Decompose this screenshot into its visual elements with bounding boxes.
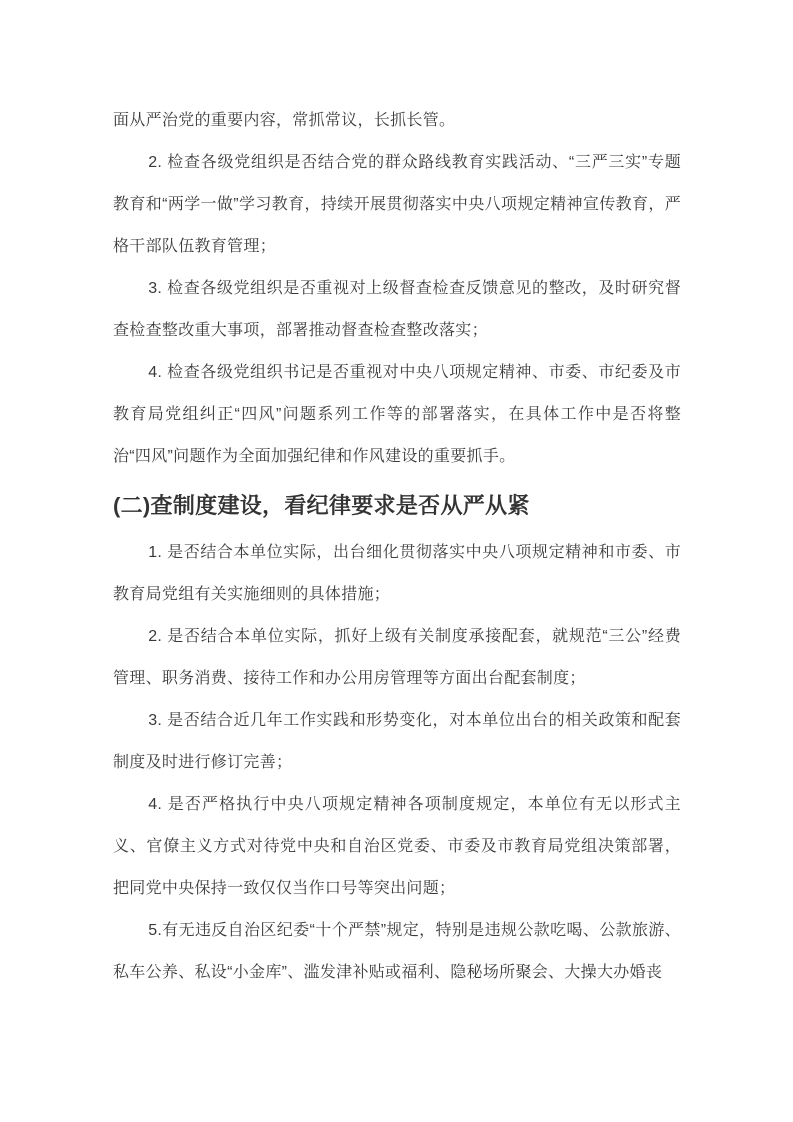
body-paragraph: 1. 是否结合本单位实际，出台细化贯彻落实中央八项规定精神和市委、市教育局党组有… (113, 532, 681, 616)
body-paragraph: 2. 检查各级党组织是否结合党的群众路线教育实践活动、“三严三实”专题教育和“两… (113, 142, 681, 268)
body-paragraph: 面从严治党的重要内容，常抓常议，长抓长管。 (113, 100, 681, 142)
body-paragraph: 5.有无违反自治区纪委“十个严禁”规定，特别是违规公款吃喝、公款旅游、私车公养、… (113, 910, 681, 994)
body-paragraph: 3. 检查各级党组织是否重视对上级督查检查反馈意见的整改，及时研究督查检查整改重… (113, 268, 681, 352)
document-page: 面从严治党的重要内容，常抓常议，长抓长管。2. 检查各级党组织是否结合党的群众路… (0, 0, 793, 1122)
body-paragraph: 2. 是否结合本单位实际，抓好上级有关制度承接配套，就规范“三公”经费管理、职务… (113, 616, 681, 700)
body-paragraph: 4. 是否严格执行中央八项规定精神各项制度规定，本单位有无以形式主义、官僚主义方… (113, 784, 681, 910)
body-paragraph: 3. 是否结合近几年工作实践和形势变化，对本单位出台的相关政策和配套制度及时进行… (113, 700, 681, 784)
document-content: 面从严治党的重要内容，常抓常议，长抓长管。2. 检查各级党组织是否结合党的群众路… (113, 100, 681, 994)
body-paragraph: 4. 检查各级党组织书记是否重视对中央八项规定精神、市委、市纪委及市教育局党组纠… (113, 352, 681, 478)
section-heading: (二)查制度建设，看纪律要求是否从严从紧 (113, 483, 681, 529)
